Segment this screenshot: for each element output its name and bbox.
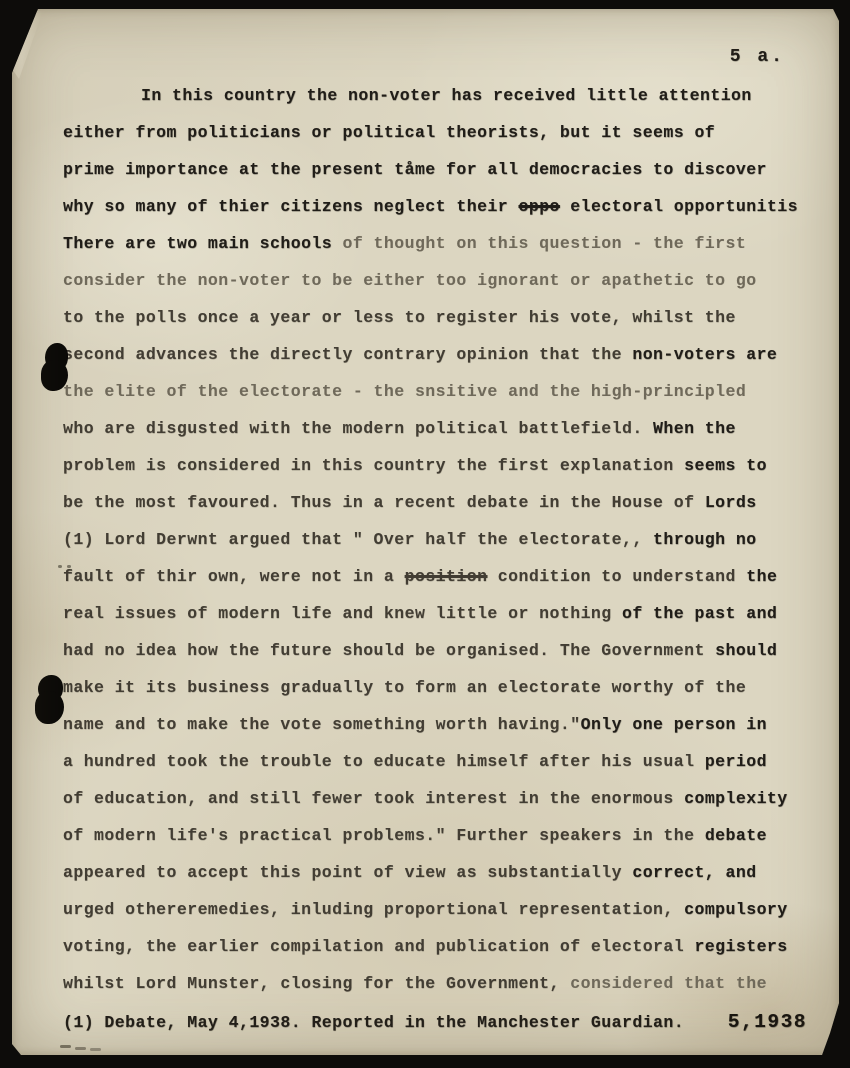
- typed-text: second advances the directly contrary op…: [63, 345, 632, 364]
- typed-text: voting, the earlier compilation and publ…: [63, 937, 694, 956]
- typed-text: be the most favoured. Thus in a recent d…: [63, 493, 705, 512]
- typed-line: be the most favoured. Thus in a recent d…: [63, 493, 807, 530]
- typed-text: of education, and still fewer took inter…: [63, 789, 684, 808]
- typed-line: why so many of thier citizens neglect th…: [63, 197, 807, 234]
- typed-line: to the polls once a year or less to regi…: [63, 308, 807, 345]
- struck-out-word: position: [405, 567, 488, 586]
- typed-text: compulsory: [684, 900, 788, 919]
- typed-text: Lords: [705, 493, 757, 512]
- typed-text: condition to understand: [487, 567, 746, 586]
- typed-line: whilst Lord Munster, closing for the Gov…: [63, 974, 807, 1011]
- ink-smudge: [58, 565, 62, 568]
- typed-line: urged othereremedies, inluding proportio…: [63, 900, 807, 937]
- typed-text: correct, and: [632, 863, 756, 882]
- typed-text: Only one person in: [581, 715, 767, 734]
- typed-line: had no idea how the future should be org…: [63, 641, 807, 678]
- typed-line: voting, the earlier compilation and publ…: [63, 937, 807, 974]
- typed-text: a hundred took the trouble to educate hi…: [63, 752, 705, 771]
- typed-text: prime importance at the present tåme for…: [63, 160, 767, 179]
- typed-text: There are two main schools: [63, 234, 343, 253]
- typed-line: who are disgusted with the modern politi…: [63, 419, 807, 456]
- typed-text: registers: [694, 937, 787, 956]
- typed-text: why so many of thier citizens neglect th…: [63, 197, 518, 216]
- typed-line: fault of thir own, were not in a positio…: [63, 567, 807, 604]
- typed-text: period: [705, 752, 767, 771]
- document-page: 5 a. In this country the non-voter has r…: [12, 9, 839, 1055]
- typed-line: There are two main schools of thought on…: [63, 234, 807, 271]
- typed-line: In this country the non-voter has receiv…: [63, 86, 807, 123]
- ink-smudge: [60, 1045, 71, 1048]
- struck-out-word: oppo: [518, 197, 559, 216]
- typed-text: who are disgusted with the modern politi…: [63, 419, 653, 438]
- typed-line: a hundred took the trouble to educate hi…: [63, 752, 807, 789]
- date-annotation: 5,1938: [728, 1011, 807, 1033]
- typed-line: name and to make the vote something wort…: [63, 715, 807, 752]
- typed-line: prime importance at the present tåme for…: [63, 160, 807, 197]
- typed-line: appeared to accept this point of view as…: [63, 863, 807, 900]
- typed-text: the: [746, 567, 777, 586]
- typed-text: the elite of the electorate - the snsiti…: [63, 382, 746, 401]
- typed-line: of education, and still fewer took inter…: [63, 789, 807, 826]
- typed-text: through no: [653, 530, 757, 549]
- typed-line: second advances the directly contrary op…: [63, 345, 807, 382]
- typed-text: In this country the non-voter has receiv…: [141, 86, 752, 105]
- page-number: 5 a.: [730, 47, 785, 67]
- typed-text: to the polls once a year or less to regi…: [63, 308, 736, 327]
- typed-text: make it its business gradually to form a…: [63, 678, 746, 697]
- typed-line: the elite of the electorate - the snsiti…: [63, 382, 807, 419]
- typed-text: name and to make the vote something wort…: [63, 715, 581, 734]
- ink-blot-bottom: [38, 675, 63, 702]
- typed-text: seems to: [684, 456, 767, 475]
- typed-text: non-voters are: [632, 345, 777, 364]
- typed-text: of thought on this question - the first: [343, 234, 747, 253]
- scan-background: 5 a. In this country the non-voter has r…: [0, 0, 850, 1068]
- typed-text: either from politicians or political the…: [63, 123, 715, 142]
- typed-text: urged othereremedies, inluding proportio…: [63, 900, 684, 919]
- typed-text: had no idea how the future should be org…: [63, 641, 715, 660]
- typed-text: whilst Lord Munster, closing for the Gov…: [63, 974, 570, 993]
- typed-text: complexity: [684, 789, 788, 808]
- typed-lines: In this country the non-voter has receiv…: [63, 86, 807, 1011]
- typed-line: real issues of modern life and knew litt…: [63, 604, 807, 641]
- footnote-row: (1) Debate, May 4,1938. Reported in the …: [63, 1011, 807, 1048]
- ink-blot-top: [45, 343, 68, 371]
- typed-text: fault of thir own, were not in a: [63, 567, 405, 586]
- typed-text: problem is considered in this country th…: [63, 456, 684, 475]
- typed-text: of the past and: [622, 604, 777, 623]
- typed-text: considered that the: [570, 974, 767, 993]
- folded-corner: [12, 9, 48, 81]
- typed-line: either from politicians or political the…: [63, 123, 807, 160]
- typed-text: appeared to accept this point of view as…: [63, 863, 632, 882]
- typed-line: of modern life's practical problems." Fu…: [63, 826, 807, 863]
- typed-text: of modern life's practical problems." Fu…: [63, 826, 705, 845]
- typed-text: When the: [653, 419, 736, 438]
- typed-text: real issues of modern life and knew litt…: [63, 604, 622, 623]
- footnote-text: (1) Debate, May 4,1938. Reported in the …: [63, 1013, 684, 1032]
- typed-text: electoral opportunitis: [560, 197, 798, 216]
- typed-line: (1) Lord Derwnt argued that " Over half …: [63, 530, 807, 567]
- typed-text: consider the non-voter to be either too …: [63, 271, 757, 290]
- typed-text: debate: [705, 826, 767, 845]
- typed-text: should: [715, 641, 777, 660]
- typed-text: (1) Lord Derwnt argued that " Over half …: [63, 530, 653, 549]
- typed-line: problem is considered in this country th…: [63, 456, 807, 493]
- typed-line: make it its business gradually to form a…: [63, 678, 807, 715]
- typed-line: consider the non-voter to be either too …: [63, 271, 807, 308]
